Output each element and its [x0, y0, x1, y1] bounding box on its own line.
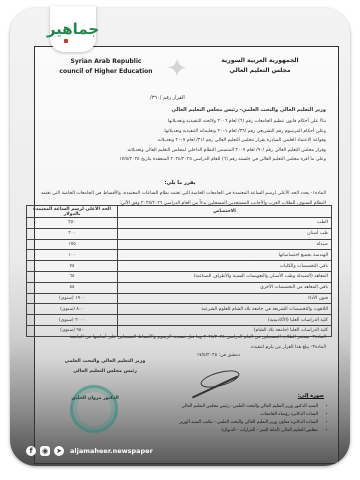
- preamble-line: وعلى ما أقره مجلس التعليم العالي في جلست…: [36, 155, 326, 165]
- cell-fee: ٢٠٠٠ (سنوي): [27, 315, 118, 326]
- table-row: طب أسنان٢٠٠: [27, 228, 332, 239]
- fees-table: الاختصاص الحد الأعلى لرسم الساعة المعتمد…: [26, 205, 332, 337]
- preamble-line: بناءً على أحكام قانون تنظيم الجامعات رقم…: [36, 117, 326, 127]
- table-row: الطب٢٥٠: [27, 218, 332, 229]
- newspaper-logo: جماهير: [50, 6, 96, 52]
- cell-fee: ١٠٠: [27, 250, 118, 261]
- decides-heading: يقرر ما يلي:: [0, 180, 360, 186]
- table-row: كلية الدراسات العليا (الأكاديمية)٢٠٠٠ (س…: [27, 315, 332, 326]
- table-row: فنون الأداء١٩٠٠ (سنوي): [27, 293, 332, 304]
- letterhead-en-council: council of Higher Education: [56, 67, 156, 77]
- letterhead-english: Syrian Arab Republic council of Higher E…: [56, 57, 156, 77]
- cell-specialization: كلية الدراسات العليا (الأكاديمية): [118, 315, 332, 326]
- table-row: صيدلة١٧٥: [27, 239, 332, 250]
- article-2: المادة٢- يستمر الطلاب المسجلين في العام …: [36, 333, 326, 343]
- cc-item: السادة الدكاترة رؤساء الجامعات.: [156, 411, 318, 419]
- decree-issuer: وزير التعليم العالي والبحث العلمي- رئيس …: [36, 106, 326, 116]
- cc-item: مجلس التعليم العالي (أمانة السر - القرار…: [156, 427, 318, 435]
- cell-specialization: فنون الأداء: [118, 293, 332, 304]
- cc-list: السيد الدكتور وزير التعليم العالي والبحث…: [156, 403, 326, 435]
- cell-fee: ٦٥: [27, 271, 118, 282]
- instagram-icon[interactable]: ◉: [40, 446, 50, 456]
- decree-date: دمشق في: ١٧/٥/٢٠٢٥: [197, 353, 240, 358]
- cell-fee: ٢٥٠: [27, 218, 118, 229]
- facebook-icon[interactable]: f: [26, 446, 36, 456]
- preamble-line: وقواعد الاعتماد العلمي الصادرة بقرار مجل…: [36, 136, 326, 146]
- official-stamp-icon: [70, 385, 118, 433]
- signature-block: وزير التعليم العالي والبحث العلمي رئيس م…: [60, 357, 150, 377]
- letterhead-ar-country: الجمهورية العربية السورية: [220, 56, 300, 66]
- social-bar: f ◉ ➤ aljamaheer.newspaper: [26, 446, 153, 456]
- cell-specialization: اللاهوت والتخصصات الشريعة في جامعة بلاد …: [118, 304, 332, 315]
- cell-fee: ٢٠٠: [27, 228, 118, 239]
- cell-fee: ١٧٥: [27, 239, 118, 250]
- article-3: المادة٣- يبلغ هذا القرار من يلزم لتنفيذه…: [36, 343, 326, 353]
- table-row: المعاهد (الصيدلة وطب الأسنان والتعويضات …: [27, 271, 332, 282]
- table-row: باقي التخصصات والكليات٧٥: [27, 261, 332, 272]
- cell-specialization: الطب: [118, 218, 332, 229]
- logo-accent-dot: [64, 39, 68, 43]
- eagle-emblem-icon: ✦: [155, 54, 199, 84]
- cell-fee: ٨٠٠ (سنوي): [27, 304, 118, 315]
- preamble-line: وقرار مجلس التعليم العالي رقم /٩٠/ لعام …: [36, 146, 326, 156]
- cc-item: السيد الدكتور وزير التعليم العالي والبحث…: [156, 403, 318, 411]
- cell-specialization: طب أسنان: [118, 228, 332, 239]
- telegram-icon[interactable]: ➤: [54, 446, 64, 456]
- table-row: الهندسة بجميع اختصاصاتها١٠٠: [27, 250, 332, 261]
- cell-specialization: الهندسة بجميع اختصاصاتها: [118, 250, 332, 261]
- letterhead-arabic: الجمهورية العربية السورية مجلس التعليم ا…: [220, 56, 300, 76]
- cell-specialization: المعاهد (الصيدلة وطب الأسنان والتعويضات …: [118, 271, 332, 282]
- header-specialization: الاختصاص: [118, 206, 332, 218]
- cell-fee: ١٩٠٠ (سنوي): [27, 293, 118, 304]
- cell-specialization: باقي التخصصات والكليات: [118, 261, 332, 272]
- table-row: باقي المعاهد من التخصصات الأخرى٥٥: [27, 282, 332, 293]
- letterhead-ar-council: مجلس التعليم العالي: [220, 66, 300, 76]
- decree-preamble: بناءً على أحكام قانون تنظيم الجامعات رقم…: [36, 117, 326, 165]
- cell-fee: ٧٥: [27, 261, 118, 272]
- cell-specialization: صيدلة: [118, 239, 332, 250]
- social-handle[interactable]: aljamaheer.newspaper: [70, 447, 153, 455]
- signatory-title-1: وزير التعليم العالي والبحث العلمي: [60, 357, 150, 367]
- signatory-name: الدكتور مروان الحلبي: [68, 396, 122, 401]
- letterhead-en-country: Syrian Arab Republic: [56, 57, 156, 67]
- decree-number: القرار رقم /٣٦٠/: [150, 95, 185, 101]
- logo-text: جماهير: [47, 22, 99, 36]
- cell-specialization: باقي المعاهد من التخصصات الأخرى: [118, 282, 332, 293]
- header-max-fee: الحد الأعلى لرسم الساعة المعتمدة بالدولا…: [27, 206, 118, 218]
- cc-heading: صورة إلى:: [298, 393, 324, 399]
- cc-item: السادة الدكاترة معاون وزير التعليم العال…: [156, 419, 318, 427]
- cell-fee: ٥٥: [27, 282, 118, 293]
- preamble-line: وعلى أحكام المرسوم رقم التشريعي رقم /٣٦/…: [36, 127, 326, 137]
- signatory-title-2: رئيس مجلس التعليم العالي: [60, 367, 150, 377]
- table-header-row: الاختصاص الحد الأعلى لرسم الساعة المعتمد…: [27, 206, 332, 218]
- table-row: اللاهوت والتخصصات الشريعة في جامعة بلاد …: [27, 304, 332, 315]
